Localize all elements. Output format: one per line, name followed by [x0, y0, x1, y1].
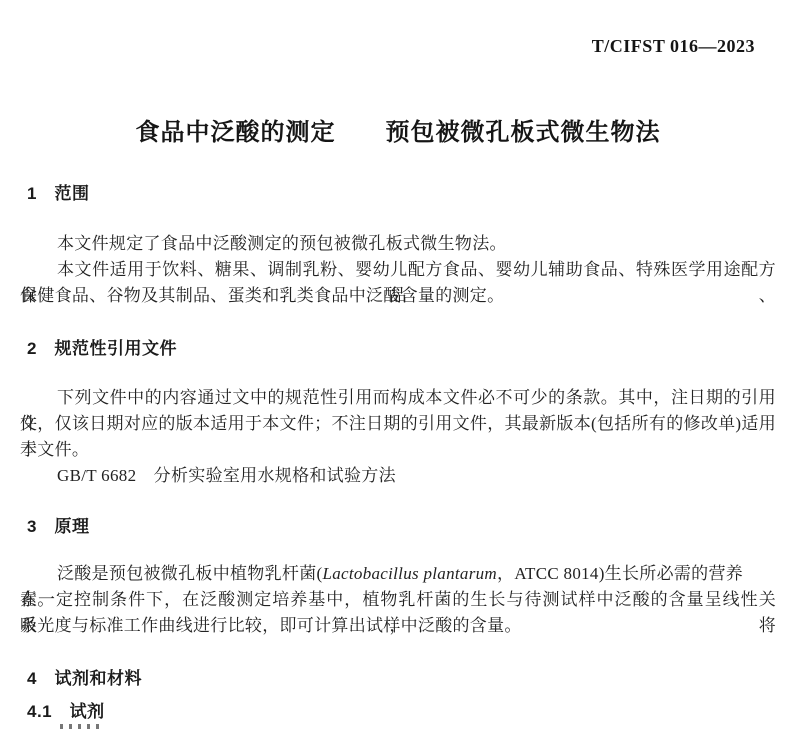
scope-paragraph-line-1: 本文件规定了食品中泛酸测定的预包被微孔板式微生物法。 [20, 231, 776, 257]
normative-refs-line-2: 件，仅该日期对应的版本适用于本文件；不注日期的引用文件，其最新版本(包括所有的修… [20, 411, 776, 437]
scope-paragraph-line-2: 本文件适用于饮料、糖果、调制乳粉、婴幼儿配方食品、婴幼儿辅助食品、特殊医学用途配… [20, 257, 776, 283]
normative-reference-item: GB/T 6682 分析实验室用水规格和试验方法 [20, 463, 776, 489]
principle-latin-species-name: Lactobacillus plantarum [322, 564, 497, 583]
principle-line-3: 吸光度与标准工作曲线进行比较，即可计算出试样中泛酸的含量。 [20, 613, 776, 639]
normative-refs-line-1: 下列文件中的内容通过文中的规范性引用而构成本文件必不可少的条款。其中，注日期的引… [20, 385, 776, 411]
section-1-heading: 1 范围 [27, 184, 89, 204]
section-2-heading: 2 规范性引用文件 [27, 339, 177, 359]
normative-refs-line-3: 本文件。 [20, 437, 776, 463]
principle-line-1-pre: 泛酸是预包被微孔板中植物乳杆菌( [57, 564, 322, 583]
principle-line-2: 在一定控制条件下，在泛酸测定培养基中，植物乳杆菌的生长与待测试样中泛酸的含量呈线… [20, 587, 776, 613]
scope-paragraph-line-3: 保健食品、谷物及其制品、蛋类和乳类食品中泛酸含量的测定。 [20, 283, 776, 309]
section-3-heading: 3 原理 [27, 517, 89, 537]
standard-number: T/CIFST 016—2023 [592, 36, 755, 57]
section-4-1-heading: 4.1 试剂 [27, 702, 105, 722]
section-4-heading: 4 试剂和材料 [27, 669, 142, 689]
cutoff-text-line-tops [60, 724, 102, 729]
principle-line-1: 泛酸是预包被微孔板中植物乳杆菌(Lactobacillus plantarum，… [20, 561, 776, 587]
document-title: 食品中泛酸的测定 预包被微孔板式微生物法 [0, 112, 796, 147]
document-page: T/CIFST 016—2023 食品中泛酸的测定 预包被微孔板式微生物法 1 … [0, 0, 796, 729]
